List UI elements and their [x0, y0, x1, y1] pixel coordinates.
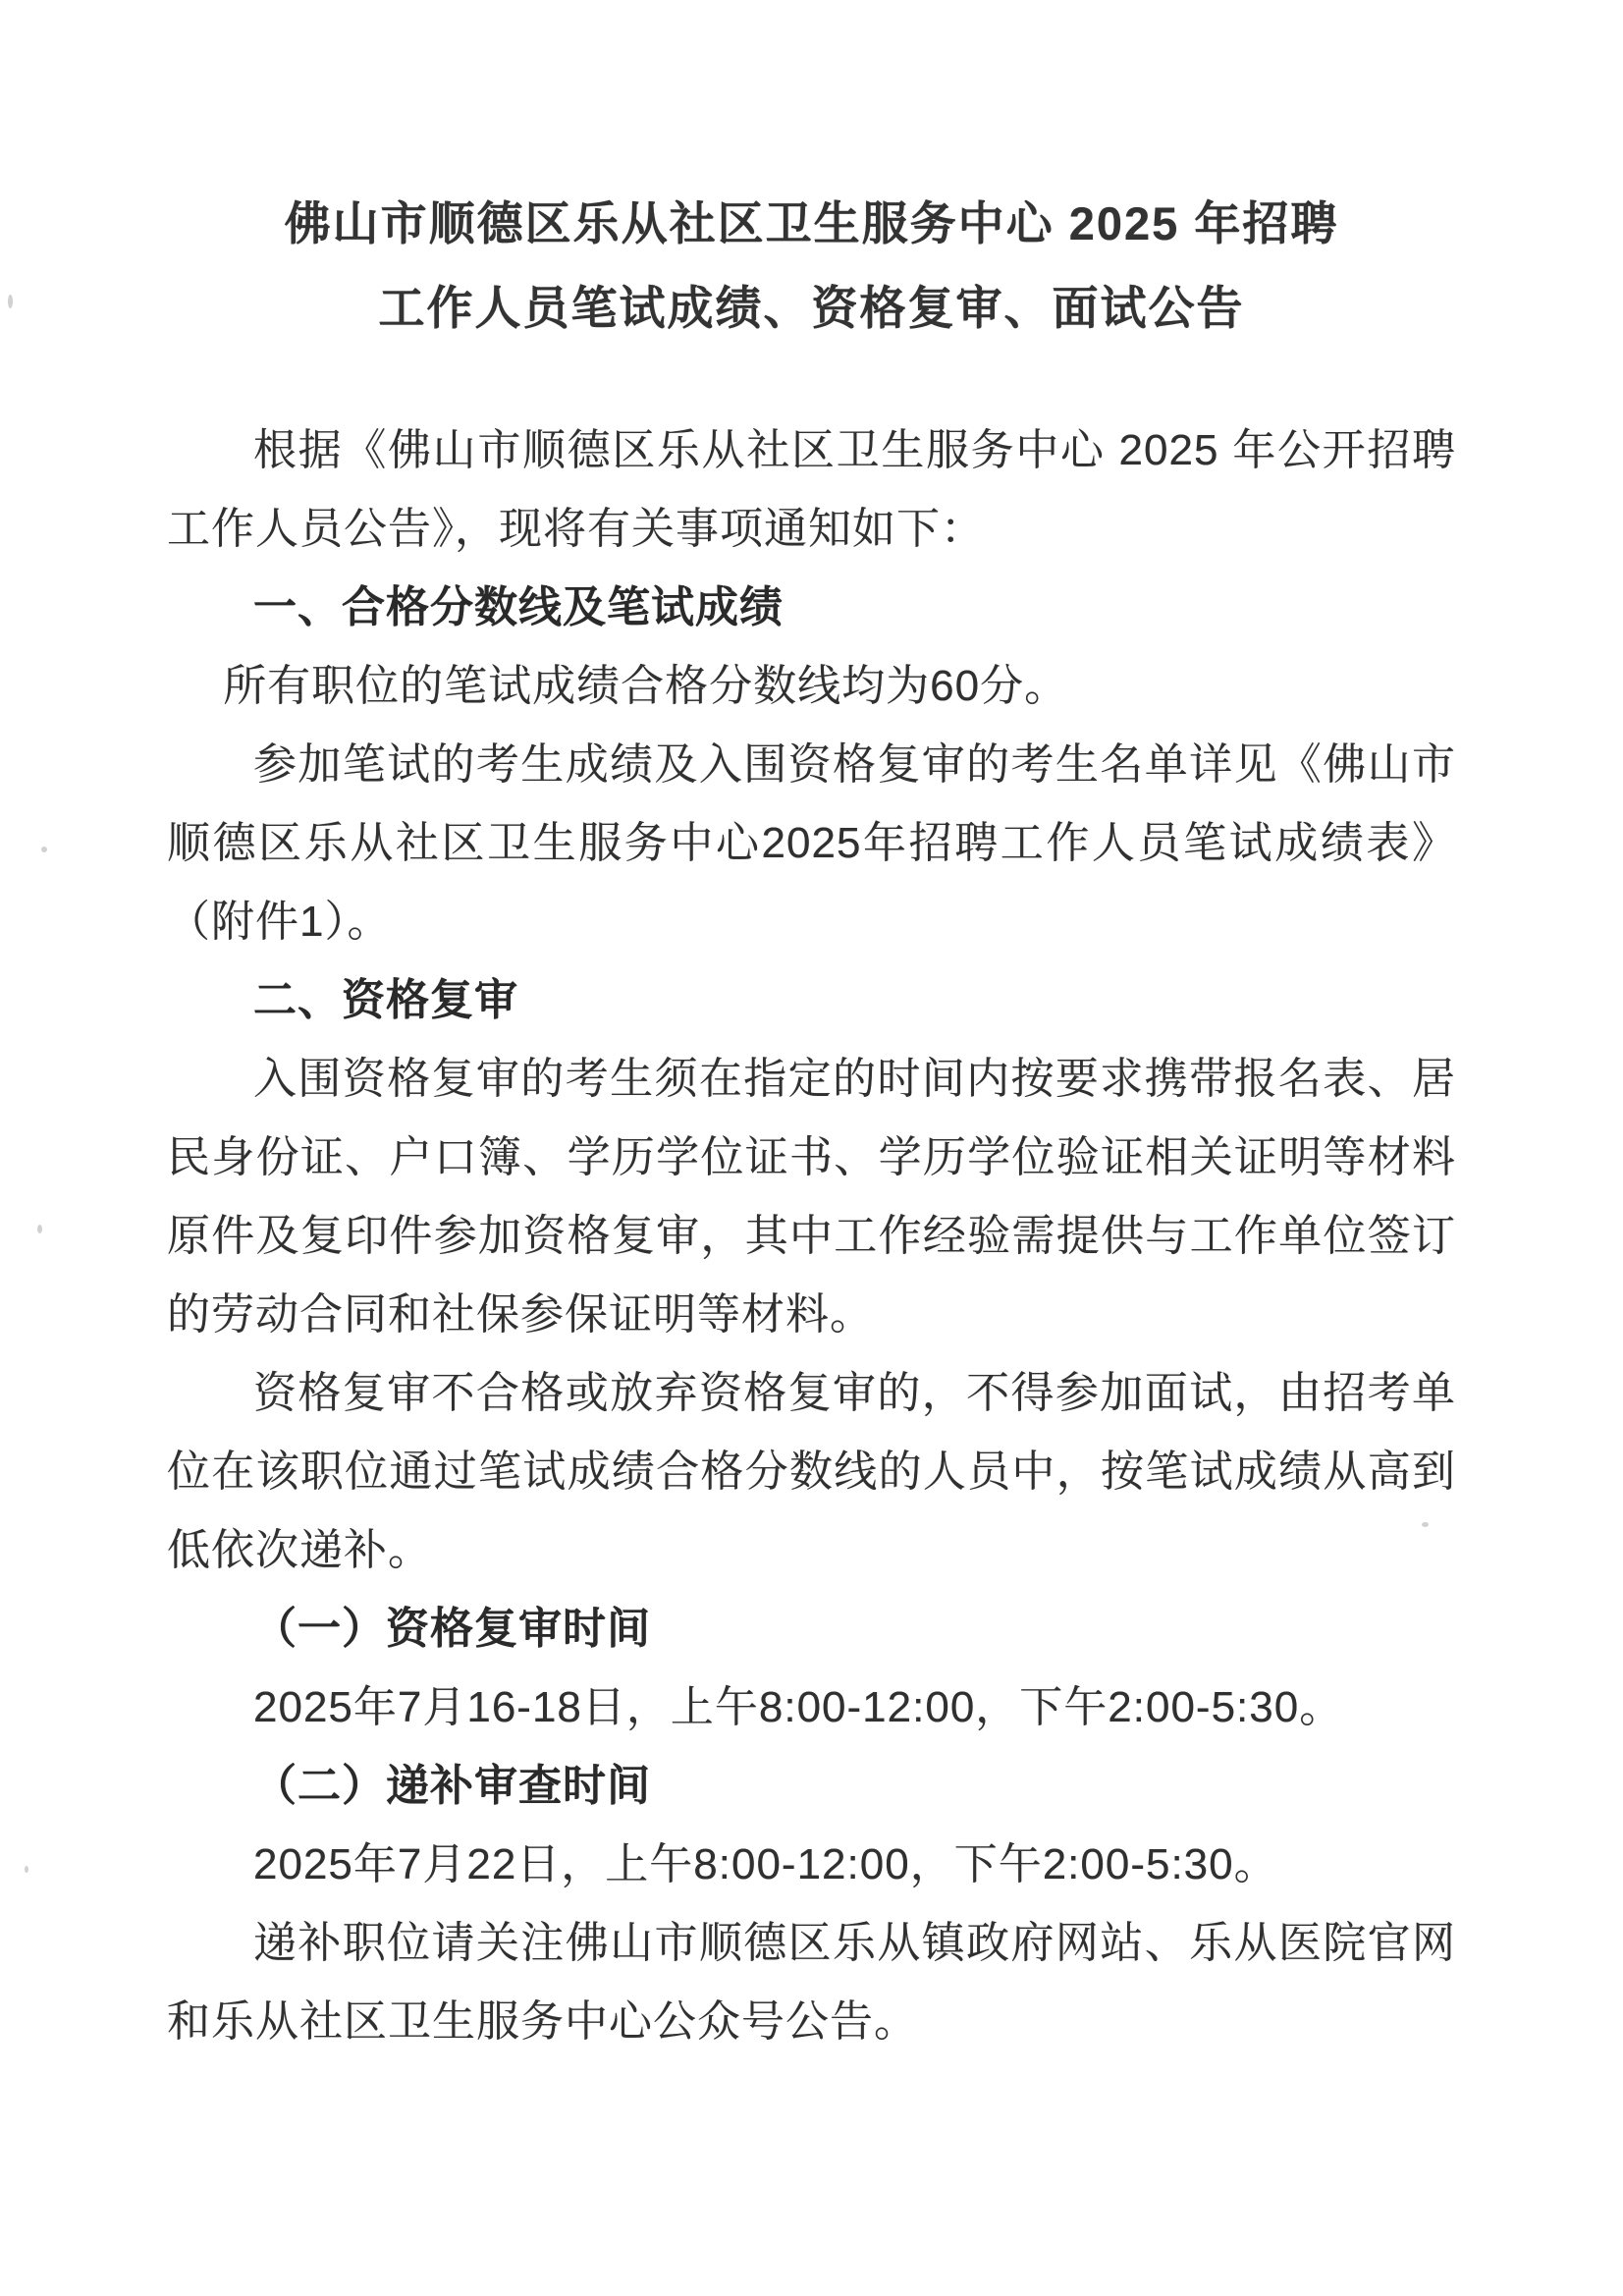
- paragraph-intro: 根据《佛山市顺德区乐从社区卫生服务中心 2025 年公开招聘工作人员公告》，现将…: [167, 411, 1456, 569]
- scan-speck: [8, 295, 13, 308]
- paragraph-score-list: 参加笔试的考生成绩及入围资格复审的考生名单详见《佛山市顺德区乐从社区卫生服务中心…: [167, 726, 1456, 961]
- document-body: 根据《佛山市顺德区乐从社区卫生服务中心 2025 年公开招聘工作人员公告》，现将…: [167, 411, 1456, 2061]
- document-title-line1: 佛山市顺德区乐从社区卫生服务中心 2025 年招聘: [167, 182, 1456, 266]
- paragraph-review-failure: 资格复审不合格或放弃资格复审的，不得参加面试，由招考单位在该职位通过笔试成绩合格…: [167, 1354, 1456, 1590]
- section-heading-2: 二、资格复审: [167, 961, 1456, 1040]
- scan-speck: [37, 1225, 42, 1233]
- paragraph-review-time: 2025年7月16-18日，上午8:00-12:00，下午2:00-5:30。: [167, 1668, 1456, 1747]
- section-heading-1: 一、合格分数线及笔试成绩: [167, 569, 1456, 647]
- document-title: 佛山市顺德区乐从社区卫生服务中心 2025 年招聘 工作人员笔试成绩、资格复审、…: [167, 182, 1456, 351]
- document-title-line2: 工作人员笔试成绩、资格复审、面试公告: [167, 266, 1456, 351]
- paragraph-passing-score: 所有职位的笔试成绩合格分数线均为60分。: [167, 647, 1456, 726]
- paragraph-replacement-time: 2025年7月22日，上午8:00-12:00，下午2:00-5:30。: [167, 1826, 1456, 1904]
- scan-speck: [25, 1866, 28, 1873]
- scan-speck: [1422, 1522, 1429, 1527]
- paragraph-review-materials: 入围资格复审的考生须在指定的时间内按要求携带报名表、居民身份证、户口簿、学历学位…: [167, 1040, 1456, 1354]
- subheading-review-time: （一）资格复审时间: [167, 1590, 1456, 1668]
- subheading-replacement-time: （二）递补审查时间: [167, 1747, 1456, 1826]
- paragraph-replacement-notice: 递补职位请关注佛山市顺德区乐从镇政府网站、乐从医院官网和乐从社区卫生服务中心公众…: [167, 1904, 1456, 2061]
- document-page: 佛山市顺德区乐从社区卫生服务中心 2025 年招聘 工作人员笔试成绩、资格复审、…: [0, 0, 1623, 2296]
- scan-speck: [41, 847, 47, 852]
